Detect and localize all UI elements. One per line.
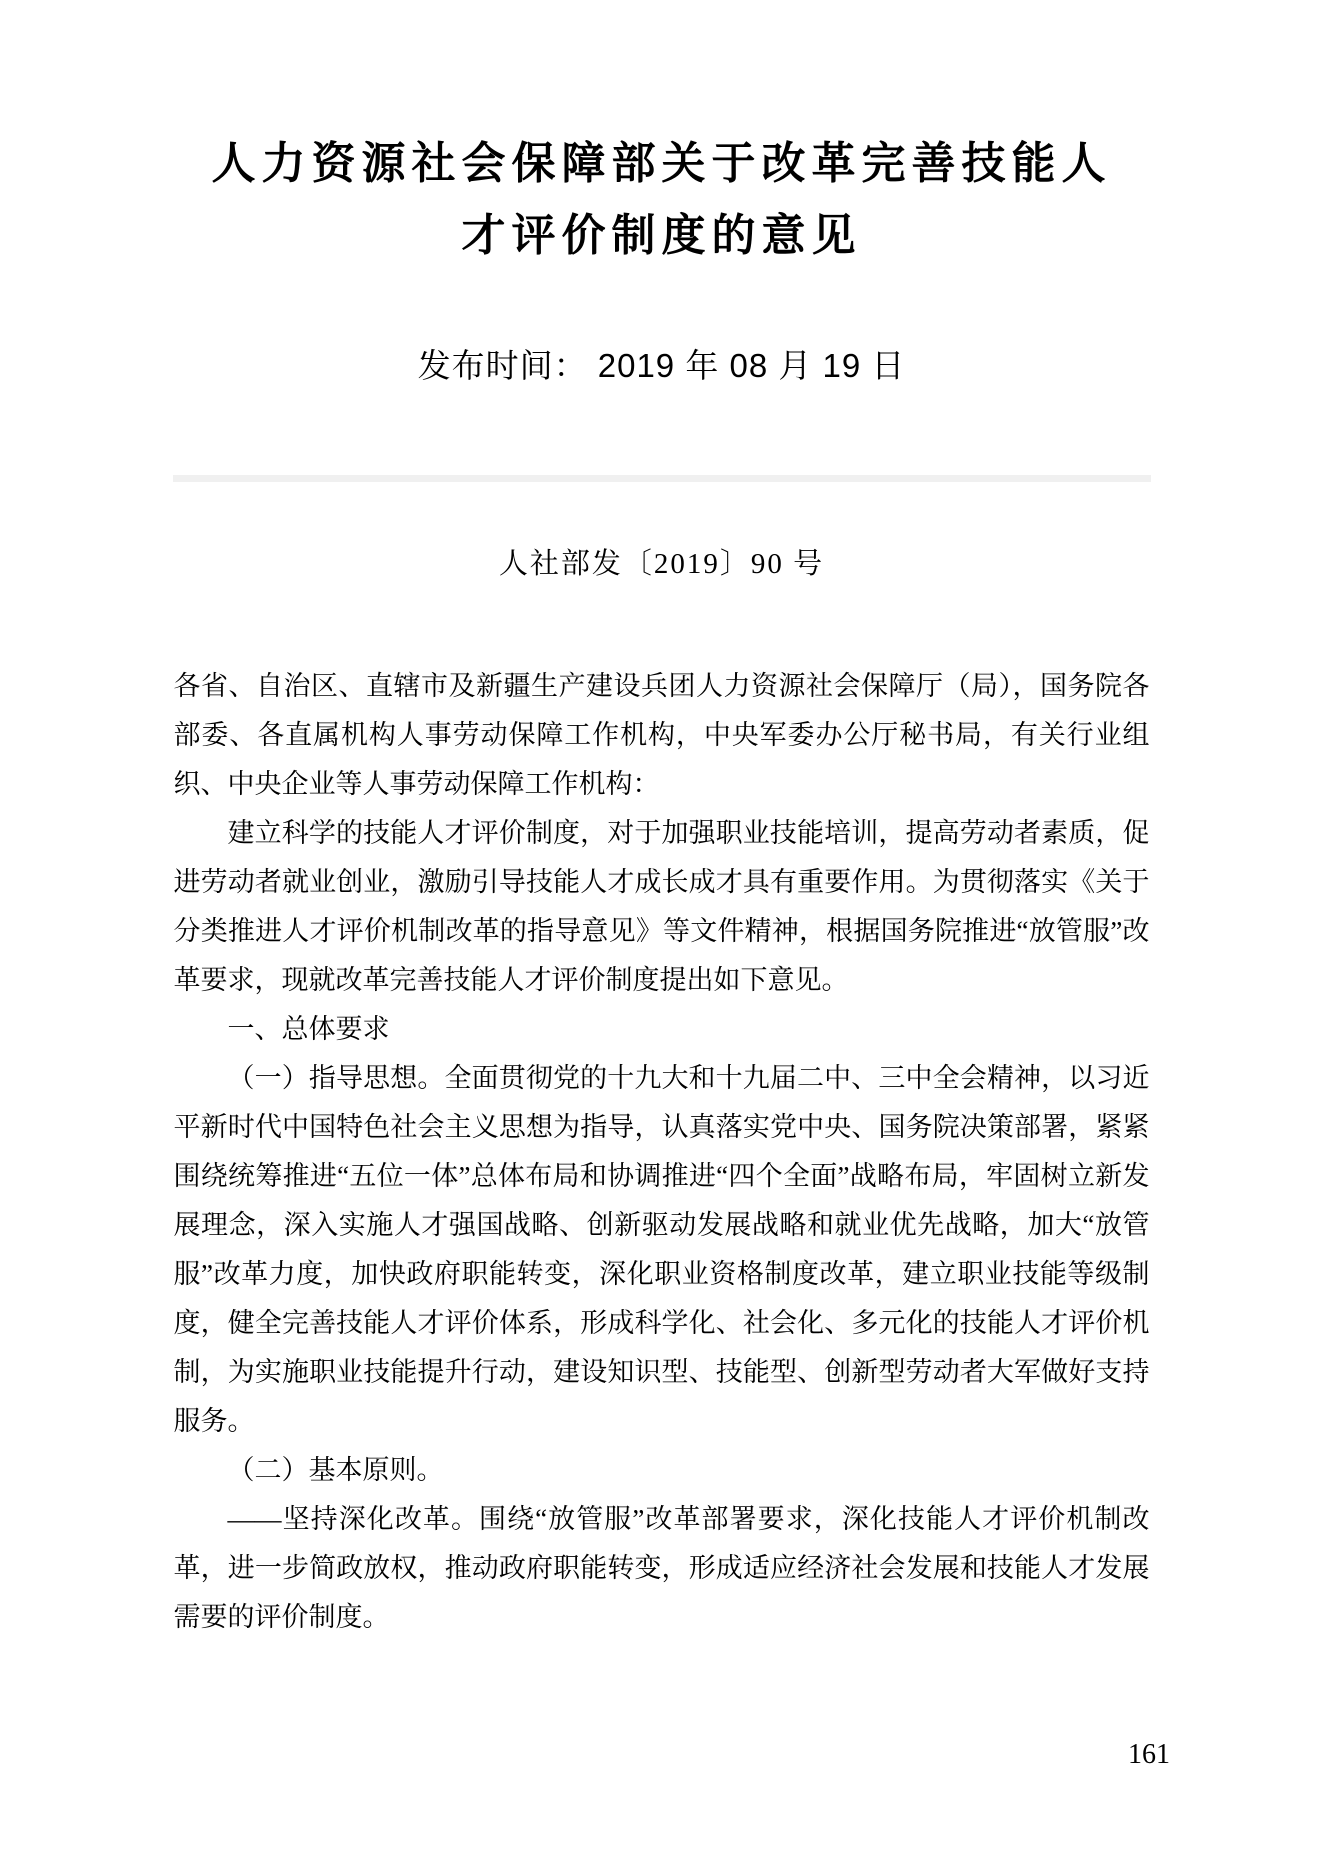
document-body: 各省、自治区、直辖市及新疆生产建设兵团人力资源社会保障厅（局），国务院各部委、各… xyxy=(174,662,1150,1642)
document-title: 人力资源社会保障部关于改革完善技能人 才评价制度的意见 xyxy=(0,0,1323,272)
body-paragraph: 一、总体要求 xyxy=(174,1005,1150,1054)
page-number: 161 xyxy=(1128,1738,1170,1772)
body-paragraph: ——坚持深化改革。围绕“放管服”改革部署要求，深化技能人才评价机制改革，进一步简… xyxy=(174,1495,1150,1642)
document-page: 人力资源社会保障部关于改革完善技能人 才评价制度的意见 发布时间： 2019 年… xyxy=(0,0,1323,1871)
title-line-1: 人力资源社会保障部关于改革完善技能人 xyxy=(0,128,1323,200)
publish-date: 发布时间： 2019 年 08 月 19 日 xyxy=(0,344,1323,388)
title-line-2: 才评价制度的意见 xyxy=(0,200,1323,272)
body-paragraph: 建立科学的技能人才评价制度，对于加强职业技能培训，提高劳动者素质，促进劳动者就业… xyxy=(174,809,1150,1005)
divider-bar xyxy=(173,475,1151,482)
body-paragraph: （一）指导思想。全面贯彻党的十九大和十九届二中、三中全会精神，以习近平新时代中国… xyxy=(174,1054,1150,1446)
body-paragraph: （二）基本原则。 xyxy=(174,1446,1150,1495)
body-paragraph: 各省、自治区、直辖市及新疆生产建设兵团人力资源社会保障厅（局），国务院各部委、各… xyxy=(174,662,1150,809)
document-number: 人社部发〔2019〕90 号 xyxy=(0,544,1323,584)
